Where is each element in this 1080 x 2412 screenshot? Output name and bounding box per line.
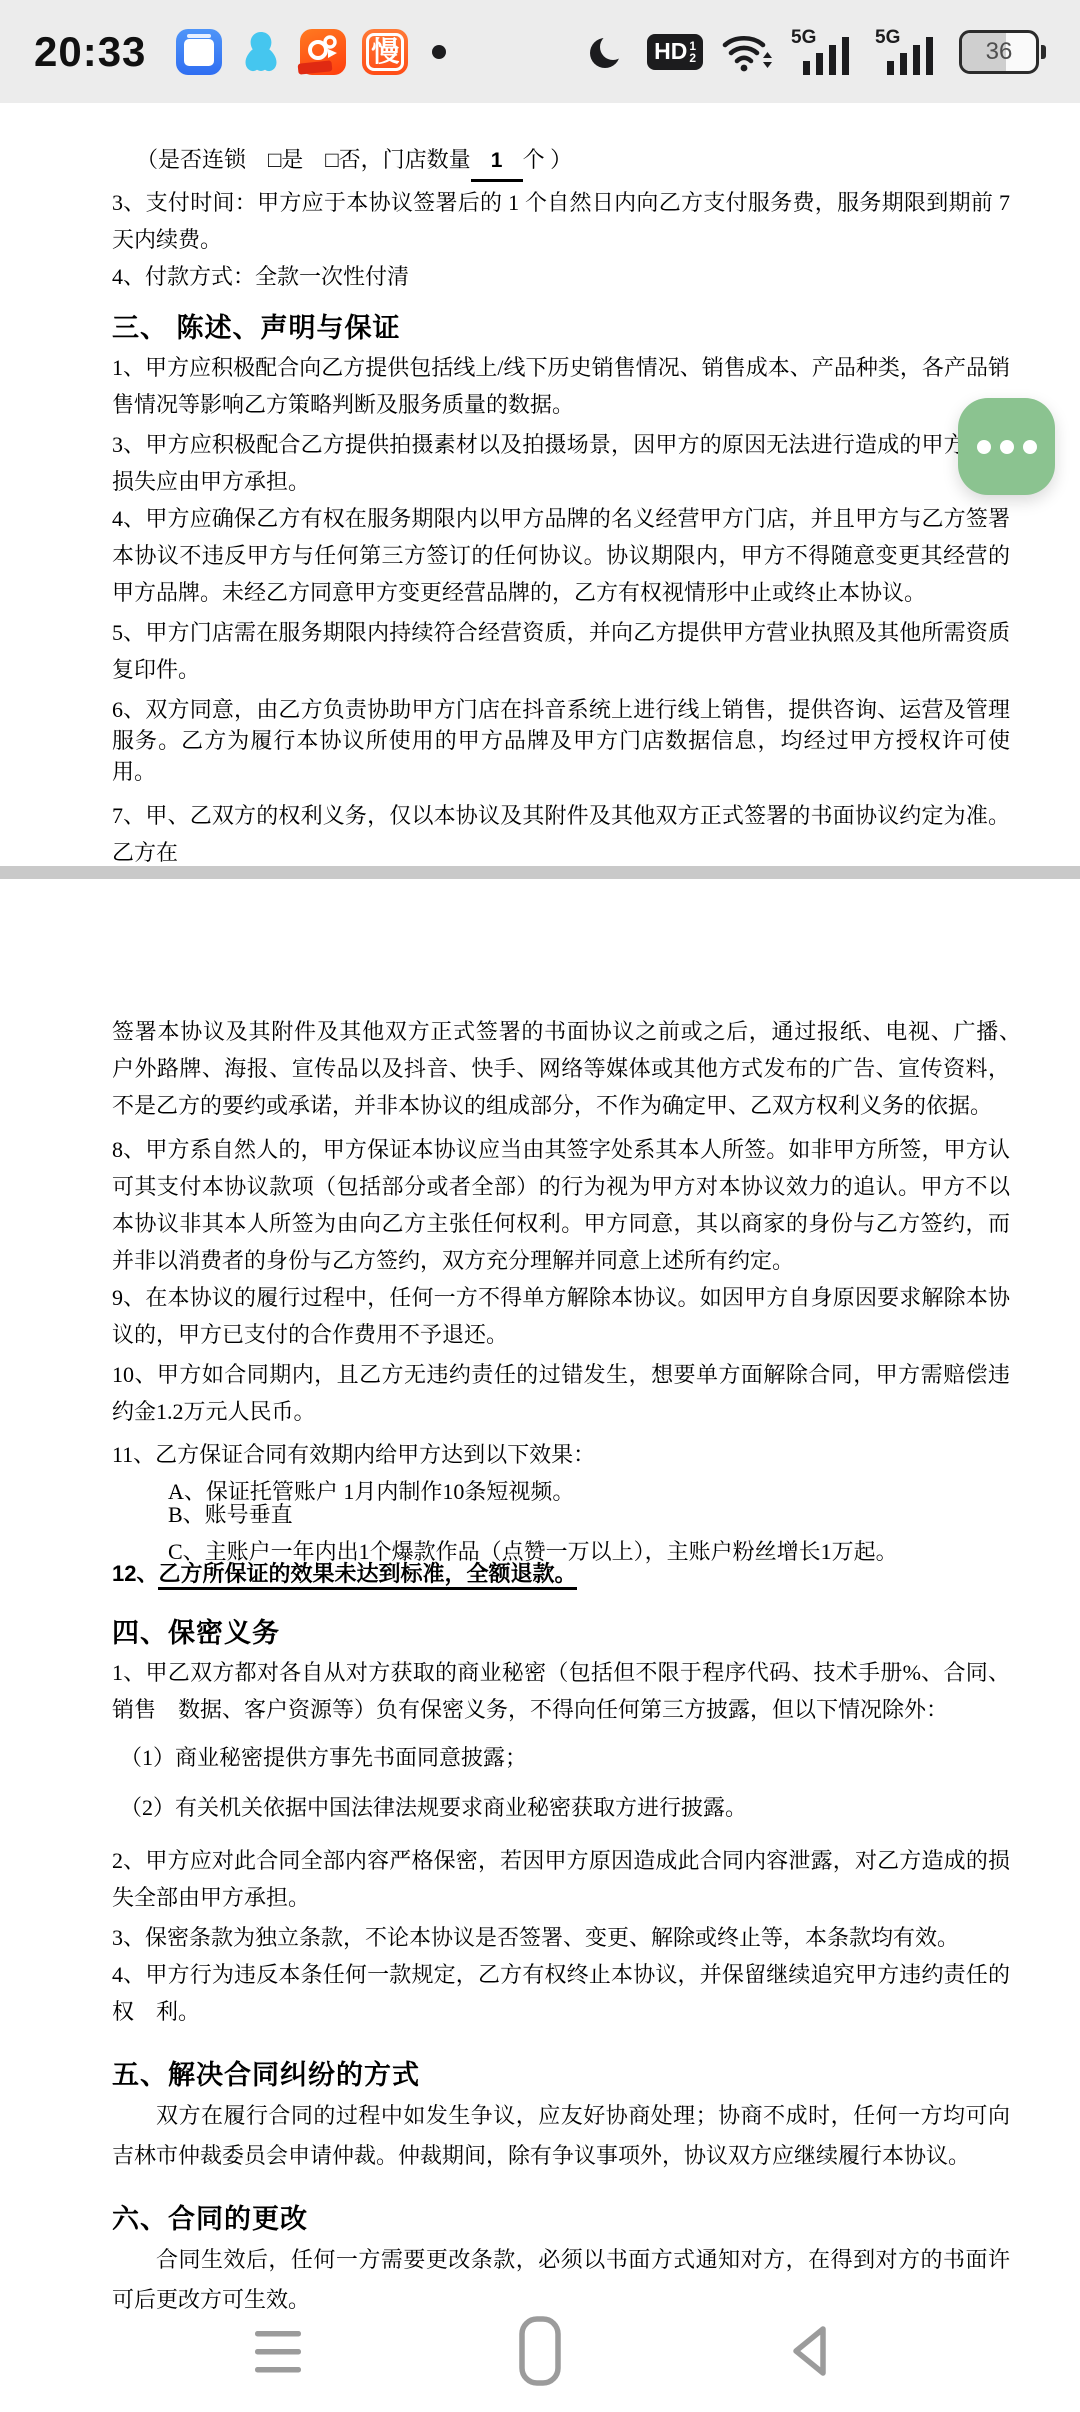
wifi-icon (721, 29, 773, 75)
section3-item-10: 10、甲方如合同期内，且乙方无违约责任的过错发生，想要单方面解除合同，甲方需赔偿… (112, 1356, 1010, 1430)
section4-item-3: 3、保密条款为独立条款，不论本协议是否签署、变更、解除或终止等，本条款均有效。 (112, 1919, 1010, 1956)
section3-item-1: 1、甲方应积极配合向乙方提供包括线上/线下历史销售情况、销售成本、产品种类，各产… (112, 349, 1010, 423)
section4-heading: 四、保密义务 (112, 1612, 1010, 1654)
section3-item-8: 8、甲方系自然人的，甲方保证本协议应当由其签字处系其本人所签。如非甲方所签，甲方… (112, 1131, 1010, 1279)
section3-item-4: 4、甲方应确保乙方有权在服务期限内以甲方品牌的名义经营甲方门店，并且甲方与乙方签… (112, 500, 1010, 611)
section5-body: 双方在履行合同的过程中如发生争议，应友好协商处理；协商不成时，任何一方均可向吉林… (112, 2096, 1010, 2176)
hd-label: HD (654, 38, 687, 65)
status-bar-right: HD 1 2 5G 5G (585, 29, 1046, 75)
signal-bars-1 (801, 35, 857, 75)
store-count-value: 1 (471, 142, 523, 182)
section3-item-7-continuation: 签署本协议及其附件及其他双方正式签署的书面协议之前或之后，通过报纸、电视、广播、… (112, 1013, 1010, 1124)
section3-item-3: 3、甲方应积极配合乙方提供拍摄素材以及拍摄场景，因甲方的原因无法进行造成的甲方经… (112, 426, 1010, 500)
hd-fraction: 1 2 (689, 40, 696, 64)
contract-page-1: （是否连锁 □是 □否，门店数量1个 ） 3、支付时间：甲方应于本协议签署后的 … (0, 103, 1080, 871)
more-options-button[interactable] (958, 398, 1055, 495)
battery-nub (1041, 45, 1046, 59)
manman-glyph: 慢 (366, 33, 404, 71)
section3-item-7: 7、甲、乙双方的权利义务，仅以本协议及其附件及其他双方正式签署的书面协议约定为准… (112, 797, 1010, 871)
status-bar: 20:33 慢 HD 1 2 (0, 0, 1080, 103)
hd-sub: 2 (689, 52, 696, 64)
hd-sup: 1 (689, 40, 696, 52)
battery-percent: 36 (962, 33, 1036, 71)
contract-page-2: 签署本协议及其附件及其他双方正式签署的书面协议之前或之后，通过报纸、电视、广播、… (0, 995, 1080, 2320)
section3-item-6: 6、双方同意，由乙方负责协助甲方门店在抖音系统上进行线上销售，提供咨询、运营及管… (112, 694, 1010, 787)
signal-5g-icon-2: 5G (875, 29, 941, 75)
dark-mode-moon-icon (585, 30, 629, 74)
more-dot-2 (1000, 440, 1014, 454)
chain-store-line: （是否连锁 □是 □否，门店数量1个 ） (112, 141, 1010, 182)
signal-bars-2 (885, 35, 941, 75)
section3-item-9: 9、在本协议的履行过程中，任何一方不得单方解除本协议。如因甲方自身原因要求解除本… (112, 1279, 1010, 1353)
section4-item-4: 4、甲方行为违反本条任何一款规定，乙方有权终止本协议，并保留继续追究甲方违约责任… (112, 1956, 1010, 2030)
battery-body: 36 (959, 30, 1039, 74)
section4-sub-2: （2）有关机关依据中国法律法规要求商业秘密获取方进行披露。 (112, 1789, 1010, 1826)
volte-hd-icon: HD 1 2 (647, 34, 703, 70)
clause-payment-time: 3、支付时间：甲方应于本协议签署后的 1 个自然日内向乙方支付服务费，服务期限到… (112, 184, 1010, 258)
chain-store-prefix: （是否连锁 □是 □否，门店数量 (136, 147, 471, 172)
section4-item-1: 1、甲乙双方都对各自从对方获取的商业秘密（包括但不限于程序代码、技术手册%、合同… (112, 1654, 1010, 1728)
page-break-band (0, 866, 1080, 879)
clause-payment-method: 4、付款方式：全款一次性付清 (112, 258, 1010, 295)
section5-heading: 五、解决合同纠纷的方式 (112, 2054, 1010, 2096)
files-app-icon (176, 29, 222, 75)
more-dot-1 (977, 440, 991, 454)
menu-icon (252, 2325, 304, 2377)
files-app-icon-glyph (184, 39, 214, 66)
back-icon (785, 2322, 835, 2380)
battery-icon: 36 (959, 30, 1046, 74)
kuaishou-app-icon (300, 29, 346, 75)
home-icon (518, 2315, 562, 2387)
section3-item-11: 11、乙方保证合同有效期内给甲方达到以下效果： (112, 1436, 1010, 1473)
notification-dot-icon (432, 45, 446, 59)
section3-item-5: 5、甲方门店需在服务期限内持续符合经营资质，并向乙方提供甲方营业执照及其他所需资… (112, 614, 1010, 688)
more-dot-3 (1023, 440, 1037, 454)
section4-item-2: 2、甲方应对此合同全部内容严格保密，若因甲方原因造成此合同内容泄露，对乙方造成的… (112, 1842, 1010, 1916)
section4-sub-1: （1）商业秘密提供方事先书面同意披露； (112, 1739, 1010, 1776)
chain-store-suffix: 个 ） (523, 147, 573, 172)
qq-app-icon (238, 29, 284, 75)
menu-button[interactable] (243, 2316, 313, 2386)
item-12-number: 12、 (112, 1561, 158, 1586)
signal-5g-icon-1: 5G (791, 29, 857, 75)
item-12-refund-clause: 乙方所保证的效果未达到标准，全额退款。 (158, 1561, 576, 1590)
navigation-bar (0, 2300, 1080, 2412)
home-button[interactable] (505, 2316, 575, 2386)
clock: 20:33 (34, 28, 146, 76)
section6-heading: 六、合同的更改 (112, 2198, 1010, 2240)
section3-heading: 三、 陈述、声明与保证 (112, 307, 1010, 349)
manman-app-icon: 慢 (362, 29, 408, 75)
back-button[interactable] (775, 2316, 845, 2386)
